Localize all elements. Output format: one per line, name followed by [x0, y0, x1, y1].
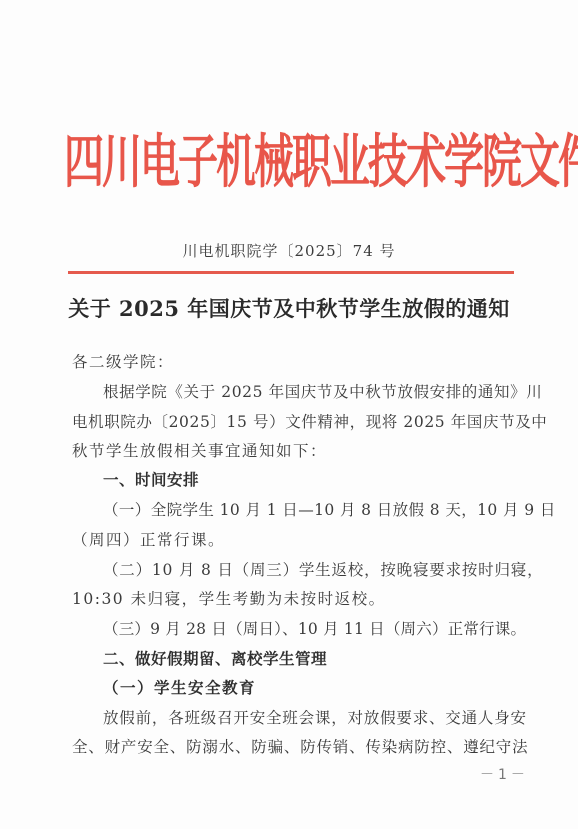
paragraph-line: （二）10 月 8 日（周三）学生返校，按晚寝要求按时归寝， — [103, 560, 553, 580]
masthead: 四川电子机械职业技术学院文件 — [64, 112, 516, 214]
paragraph-line: （一）全院学生 10 月 1 日—10 月 8 日放假 8 天，10 月 9 日 — [103, 500, 553, 520]
paragraph-line: 电机职院办〔2025〕15 号）文件精神，现将 2025 年国庆节及中 — [72, 412, 522, 432]
red-divider — [68, 271, 514, 274]
paragraph-line: （周四）正常行课。 — [72, 530, 522, 550]
salutation: 各二级学院： — [72, 352, 522, 372]
section-heading-1: 一、时间安排 — [103, 470, 553, 490]
document-title: 关于 2025 年国庆节及中秋节学生放假的通知 — [0, 293, 578, 323]
document-number: 川电机职院学〔2025〕74 号 — [0, 240, 578, 261]
section-heading-2: 二、做好假期留、离校学生管理 — [103, 649, 553, 669]
subsection-heading: （一）学生安全教育 — [103, 678, 553, 698]
paragraph-line: 放假前，各班级召开安全班会课，对放假要求、交通人身安 — [103, 708, 553, 728]
paragraph-line: 10:30 未归寝，学生考勤为未按时返校。 — [72, 589, 522, 609]
page-number: －1－ — [480, 764, 529, 784]
paragraph-line: （三）9 月 28 日（周日）、10 月 11 日（周六）正常行课。 — [103, 619, 553, 639]
paragraph-line: 全、财产安全、防溺水、防骗、防传销、传染病防控、遵纪守法 — [72, 737, 522, 757]
paragraph-line: 秋节学生放假相关事宜通知如下： — [72, 441, 522, 461]
paragraph-line: 根据学院《关于 2025 年国庆节及中秋节放假安排的通知》川 — [103, 382, 553, 402]
